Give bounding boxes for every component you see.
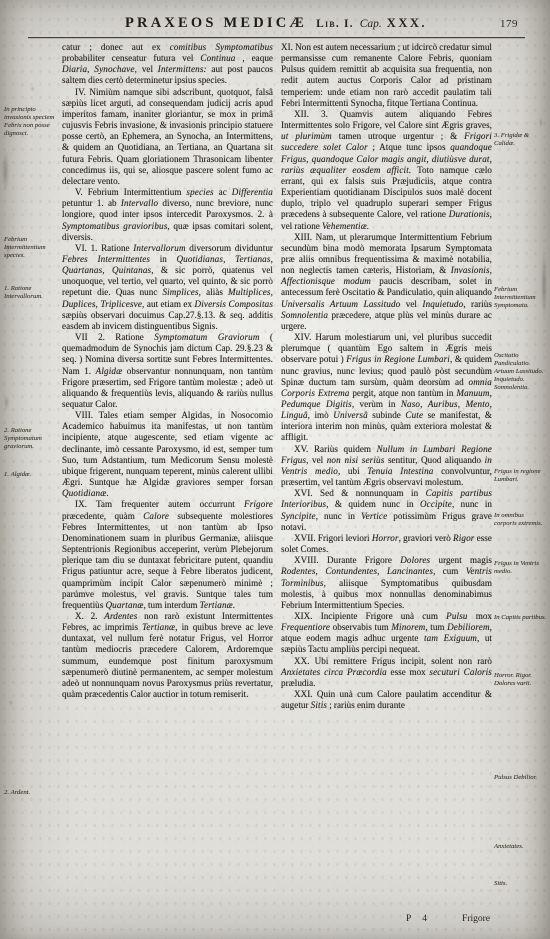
paragraph: IV. Nimiùm namque sibi adscribunt, quotq… bbox=[62, 87, 273, 187]
paragraph: XXI. Quin unà cum Calore paulatim accend… bbox=[281, 689, 492, 711]
margin-note: Sitis. bbox=[494, 880, 547, 888]
margin-note: In omnibus corporis extremis. bbox=[494, 512, 547, 528]
paragraph: VII 2. Ratione Symptomatum Graviorum ( q… bbox=[62, 332, 273, 410]
paragraph: catur ; donec aut ex comitibus Symptomat… bbox=[62, 42, 273, 87]
paragraph: XX. Ubi remittere Frigus incipit, solent… bbox=[281, 656, 492, 689]
margin-note: 2. Ratione Symptomatum graviorum. bbox=[4, 427, 59, 451]
page-title: PRAXEOS MEDICÆ bbox=[125, 15, 307, 31]
margin-note: Febrium Intermittentium species. bbox=[4, 236, 59, 260]
page-footer: P 4 Frigore bbox=[284, 914, 492, 928]
paragraph: VIII. Tales etiam semper Algidas, in Nos… bbox=[62, 410, 273, 499]
book-page: PRAXEOS MEDICÆLib. I.Cap.XXX. 179 In pri… bbox=[0, 0, 550, 939]
paragraph: XVI. Sed & nonnunquam in Capitis partibu… bbox=[281, 488, 492, 533]
paragraph: VI. 1. Ratione Intervallorum diversorum … bbox=[62, 243, 273, 332]
paragraph: XIV. Harum molestiarum uni, vel pluribus… bbox=[281, 332, 492, 444]
left-text-column: catur ; donec aut ex comitibus Symptomat… bbox=[62, 42, 273, 935]
paragraph: XVIII. Durante Frigore Dolores urgent ma… bbox=[281, 555, 492, 611]
margin-note: Febrium Intermittentium Symptomata. bbox=[494, 286, 547, 310]
paragraph: XVII. Frigori leviori Horror, graviori v… bbox=[281, 533, 492, 555]
catchword: Frigore bbox=[462, 914, 490, 924]
margin-note: In principio invasionis speciem Febris n… bbox=[4, 106, 59, 138]
margin-note: 3. Frigidæ & Calidæ. bbox=[494, 132, 547, 148]
signature-mark: P 4 bbox=[406, 914, 427, 924]
paragraph: IX. Tam frequenter autem occurrunt Frigo… bbox=[62, 499, 273, 611]
paragraph: XIX. Incipiente Frigore unà cum Pulsu mo… bbox=[281, 611, 492, 656]
margin-note: 1. Algidæ. bbox=[4, 471, 59, 479]
paragraph: XV. Rariùs quidem Nullum in Lumbari Regi… bbox=[281, 444, 492, 489]
right-text-column: XI. Non est autem necessarium ; ut idcir… bbox=[281, 42, 492, 935]
running-header: PRAXEOS MEDICÆLib. I.Cap.XXX. bbox=[30, 14, 522, 36]
ink-speck bbox=[9, 700, 13, 705]
margin-note: Pulsus Debilior. bbox=[494, 774, 547, 782]
ink-speck bbox=[539, 118, 543, 127]
margin-note: Oscitatio Pandiculatio. Artuum Lassitudo… bbox=[494, 352, 547, 392]
paragraph: XII. 3. Quamvis autem aliquando Febres I… bbox=[281, 109, 492, 232]
paragraph: V. Febrium Intermittentium species ac Di… bbox=[62, 187, 273, 243]
margin-note: 1. Ratione Intervallorum. bbox=[4, 285, 59, 301]
margin-note: Frigus in regione Lumbari. bbox=[494, 468, 547, 484]
paragraph: XI. Non est autem necessarium ; ut idcir… bbox=[281, 42, 492, 109]
paragraph: X. 2. Ardentes non rarò existunt Intermi… bbox=[62, 611, 273, 700]
margin-note: In Capitis partibus. bbox=[494, 614, 547, 622]
paragraph: XIII. Nam, ut plerarumque Intermittentiu… bbox=[281, 232, 492, 332]
page-number: 179 bbox=[500, 18, 518, 30]
margin-note: Horror. Rigor. Dolores varii. bbox=[494, 672, 547, 688]
header-rule bbox=[28, 37, 525, 38]
ink-speck bbox=[30, 86, 35, 92]
chapter-number: XXX. bbox=[387, 16, 427, 30]
ink-speck bbox=[4, 395, 9, 410]
chapter-label: Cap. bbox=[360, 18, 382, 30]
margin-note: Frigus in Ventris medio. bbox=[494, 560, 547, 576]
margin-note: Anxietates. bbox=[494, 843, 547, 851]
margin-note: 2. Ardent. bbox=[4, 789, 59, 797]
book-label: Lib. I. bbox=[316, 18, 354, 30]
ink-speck bbox=[2, 150, 9, 192]
text-block: catur ; donec aut ex comitibus Symptomat… bbox=[62, 42, 492, 935]
